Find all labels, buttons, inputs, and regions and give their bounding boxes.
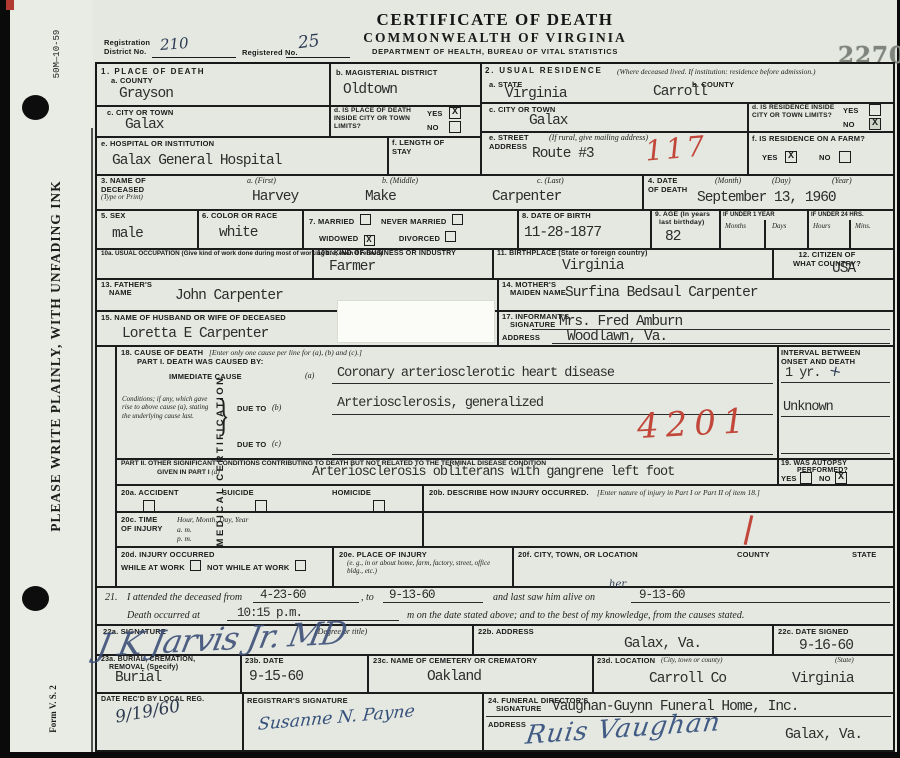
grid-line [387,136,389,174]
grid-line [115,484,893,486]
punch-hole-bottom [22,586,49,611]
hours-label: Hours [813,222,831,230]
street-red-annotation: 117 [644,129,709,167]
grid-line [772,248,774,278]
red-code-annotation: 4201 [636,401,752,447]
county-label: a. COUNTY [111,76,153,85]
county-value: Grayson [119,87,173,103]
spouse-value: Loretta E Carpenter [122,327,268,343]
informant-address-label: ADDRESS [502,333,540,342]
attendance-number: 21. [105,592,118,605]
immediate-cause-label: IMMEDIATE CAUSE [169,372,242,381]
grid-line [302,209,304,248]
due-to-b-label: DUE TO [237,404,266,413]
write-line [552,343,890,344]
write-line [781,382,890,383]
grid-line [772,624,774,654]
date-signed-value: 9-16-60 [799,639,853,655]
corner-red-mark [6,0,14,10]
mother-label-2: MAIDEN NAME [510,288,566,297]
write-line [781,416,890,417]
citizen-value: USA [832,262,855,278]
yes-label: YES [843,106,859,115]
never-married-checkbox [452,214,463,225]
occupation-label: 10a. USUAL OCCUPATION (Give kind of work… [101,250,306,258]
part2-label-2: GIVEN IN PART I (a) [157,468,220,477]
registrar-signature-label: REGISTRAR'S SIGNATURE [247,696,348,705]
date-signed-label: 22c. DATE SIGNED [778,627,849,636]
magisterial-district-value: Oldtown [343,83,397,99]
cause-b-label: (b) [272,403,281,413]
registration-label-line1: Registration [104,38,150,47]
conditions-note: Conditions; if any, which gave rise to a… [122,395,217,420]
location-state-value: Virginia [792,672,854,688]
hospital-value: Galax General Hospital [112,154,281,170]
grid-line [332,546,334,586]
grid-line [642,174,644,209]
middle-name-label: b. (Middle) [382,176,418,186]
grid-line [240,654,242,692]
age-value: 82 [665,230,680,246]
place-of-injury-note: (e. g., in or about home, farm, factory,… [347,559,502,576]
due-to-c-label: DUE TO [237,440,266,449]
grid-line [492,248,494,278]
injury-county-label: COUNTY [737,550,770,559]
form-code-vertical: Form V. S. 2 [48,676,58,742]
business-value: Farmer [329,260,375,276]
last-name-value: Carpenter [492,190,561,206]
grid-line [97,278,893,280]
farm-yes-checkbox: X [785,151,797,163]
residence-limits-yes-checkbox [869,104,881,116]
residence-limits-label: d. IS RESIDENCE INSIDE CITY OR TOWN LIMI… [752,104,840,120]
burial-date-value: 9-15-60 [249,670,303,686]
last-name-label: c. (Last) [537,176,564,186]
length-of-stay-label: f. LENGTH OF STAY [392,138,452,156]
location-value: Carroll Co [649,672,726,688]
grid-line [764,220,766,248]
age-label-2: last birthday) [659,219,704,227]
grid-line [197,209,199,248]
scanned-death-certificate: { "margin": { "print_code": "50M—10-59",… [0,0,900,758]
am-label: a. m. [177,525,192,534]
residence-title: 2. USUAL RESIDENCE [485,66,603,76]
farm-label: f. IS RESIDENCE ON A FARM? [752,134,865,143]
immediate-cause-value: Coronary arteriosclerotic heart disease [337,367,614,382]
race-value: white [219,226,258,242]
type-or-print-note: (Type or Print) [101,193,143,201]
grid-line [497,278,499,345]
attendance-text-3: and last saw him alive on [493,592,595,605]
registered-no-label: Registered No. [242,48,298,57]
death-inside-limits-label: d. IS PLACE OF DEATH INSIDE CITY OR TOWN… [334,107,426,131]
first-name-label: a. (First) [247,176,276,186]
hospital-label: e. HOSPITAL OR INSTITUTION [101,139,214,148]
cause-of-death-label: 18. CAUSE OF DEATH [121,348,203,357]
location-note: (City, town or county) [661,656,722,664]
write-line [631,602,890,603]
time-of-injury-note: Hour, Month, Day, Year [177,515,248,524]
write-line [286,57,350,58]
first-name-value: Harvey [252,190,298,206]
burial-date-label: 23b. DATE [245,656,284,665]
spouse-label: 15. NAME OF HUSBAND OR WIFE OF DECEASED [101,313,286,322]
grid-line [472,624,474,654]
residence-state-value: Virginia [505,87,567,103]
while-at-work-checkbox [190,560,201,571]
residence-county-value: Carroll [653,85,707,101]
marital-row-2: WIDOWED X DIVORCED [319,231,456,246]
residence-city-value: Galax [529,114,568,130]
cemetery-value: Oakland [427,670,481,686]
grid-line [650,209,652,248]
grid-line [115,511,893,513]
name-of-deceased-label: 3. NAME OF DECEASED [101,176,171,194]
grid-line [480,64,482,174]
write-line [152,57,236,58]
street-address-value: Route #3 [532,147,594,163]
birthplace-value: Virginia [562,259,624,275]
married-checkbox [360,214,371,225]
month-label: (Month) [715,176,741,186]
write-plainly-note-vertical: PLEASE WRITE PLAINLY, WITH UNFADING INK [48,141,64,571]
suicide-checkbox [255,500,267,512]
grid-line [329,64,331,136]
grid-line [517,209,519,248]
state-note: (State) [835,656,854,664]
date-of-death-label: 4. DATE OF DEATH [648,176,688,194]
days-label: Days [772,222,786,230]
cause-note: [Enter only one cause per line for (a), … [209,348,362,357]
grid-line [777,345,779,484]
father-label-2: NAME [109,288,132,297]
while-at-work-label: WHILE AT WORK [121,563,185,572]
certifier-address-value: Galax, Va. [624,637,701,653]
city-value: Galax [125,118,164,134]
certifier-address-label: 22b. ADDRESS [478,627,534,636]
not-while-at-work-label: NOT WHILE AT WORK [207,563,290,572]
if-under-24-hrs-label: IF UNDER 24 HRS. [811,212,864,220]
yes-label: YES [762,153,778,162]
brace-glyph: } [218,390,230,441]
attendance-text-5: m on the date stated above; and to the b… [407,610,744,623]
divorced-label: DIVORCED [399,234,440,243]
date-of-birth-label: 8. DATE OF BIRTH [522,211,591,220]
part2-value: Arteriosclerosis obliterans with gangren… [312,466,674,481]
divorced-checkbox [445,231,456,242]
attended-to-date: 9-13-60 [389,589,435,603]
grid-line [97,310,893,312]
part2-given-label: GIVEN IN PART I [157,469,210,476]
homicide-label: HOMICIDE [332,488,371,497]
attendance-text-2: , to [361,592,374,605]
death-limits-no-checkbox [449,121,461,133]
sex-value: male [112,227,143,243]
commonwealth-subtitle: COMMONWEALTH OF VIRGINIA [295,30,695,46]
year-label: (Year) [832,176,852,186]
autopsy-yes-label: YES [781,474,797,483]
place-of-injury-label: 20e. PLACE OF INJURY [339,550,427,559]
injury-occurred-label: 20d. INJURY OCCURRED [121,550,215,559]
write-line [253,602,359,603]
certificate-title: CERTIFICATE OF DEATH [295,10,695,30]
widowed-checkbox: X [364,235,375,246]
magisterial-district-label: b. MAGISTERIAL DISTRICT [336,68,438,77]
how-injury-label: 20b. DESCRIBE HOW INJURY OCCURRED. [429,488,589,497]
married-label: MARRIED [318,217,354,226]
age-label-1: 9. AGE (In years [655,211,710,219]
day-label: (Day) [772,176,791,186]
part2-a-label: (a) [212,468,220,476]
autopsy-no-label: NO [819,474,831,483]
interval-b-value: Unknown [783,401,833,416]
time-of-injury-label: 20c. TIME OF INJURY [121,515,169,533]
race-label: 6. COLOR OR RACE [202,211,277,220]
cause-a-label: (a) [305,371,314,381]
accident-checkbox [143,500,155,512]
sex-label: 5. SEX [101,211,126,220]
informant-label-2: SIGNATURE [510,320,555,329]
never-married-label: NEVER MARRIED [381,217,447,226]
death-limits-yes-checkbox: X [449,107,461,119]
no-label: NO [427,123,439,132]
write-line [781,453,890,454]
funeral-director-label-2: SIGNATURE [496,704,541,713]
due-to-b-value: Arteriosclerosis, generalized [337,397,543,412]
suicide-label: SUICIDE [222,488,254,497]
not-while-at-work-checkbox [295,560,306,571]
attendance-text-1: I attended the deceased from [127,592,242,605]
grid-line [719,209,721,248]
injury-state-label: STATE [852,550,876,559]
grid-line [115,345,117,586]
marital-number: 7. [309,217,316,226]
yes-label: YES [427,109,443,118]
registrar-signature: Susanne N. Payne [257,701,415,734]
how-injury-note: [Enter nature of injury in Part I or Par… [597,488,760,497]
burial-type-value: Burial [115,671,161,687]
city-label: c. CITY OR TOWN [107,108,173,117]
date-of-birth-value: 11-28-1877 [524,226,601,242]
grid-line [807,209,809,248]
farm-no-checkbox [839,151,851,163]
funeral-address-label: ADDRESS [488,720,526,729]
grid-line [482,692,484,750]
widowed-label: WIDOWED [319,234,358,243]
department-line: DEPARTMENT OF HEALTH, BUREAU OF VITAL ST… [295,47,695,56]
no-label: NO [843,120,855,129]
grid-line [422,484,424,546]
grid-line [367,654,369,692]
business-label: 10b. KIND OF BUSINESS OR INDUSTRY [317,250,456,258]
registration-district-number: 210 [159,34,189,54]
punch-hole-top [22,95,49,120]
residence-limits-no-checkbox: X [869,118,881,130]
location-label: 23d. LOCATION [597,656,655,665]
marital-row-1: 7. MARRIED NEVER MARRIED [309,214,463,226]
autopsy-yes-checkbox [800,472,812,484]
interval-a-value: 1 yr. [785,367,821,382]
interval-hand-mark: + [827,361,843,381]
mins-label: Mins. [855,222,871,230]
date-of-death-value: September 13, 1960 [697,191,836,207]
certificate-form-grid: 1. PLACE OF DEATH a. COUNTY Grayson b. M… [95,62,895,752]
middle-name-value: Make [365,190,396,206]
street-address-label: e. STREET ADDRESS [489,133,537,151]
attendance-text-4: Death occurred at [127,610,200,623]
write-line [383,602,483,603]
not-while-at-work: NOT WHILE AT WORK [207,560,306,572]
cause-c-label: (c) [272,439,281,449]
homicide-checkbox [373,500,385,512]
months-label: Months [725,222,746,230]
registration-label-line2: District No. [104,47,146,56]
redaction-box [337,300,495,343]
write-line [332,454,773,455]
funeral-address-value: Galax, Va. [785,728,862,744]
mother-value: Surfina Bedsaul Carpenter [565,286,758,302]
father-value: John Carpenter [175,289,283,305]
red-slash-mark [744,515,753,545]
injury-city-label: 20f. CITY, TOWN, OR LOCATION [518,550,638,559]
if-under-1-year-label: IF UNDER 1 YEAR [723,212,775,220]
write-line [332,383,773,384]
accident-label: 20a. ACCIDENT [121,488,179,497]
grid-line [115,546,893,548]
attended-from-date: 4-23-60 [260,589,306,603]
no-label: NO [819,153,831,162]
grid-line [97,692,893,694]
grid-line [242,692,244,750]
her-hand-correction: her [609,579,626,590]
print-code-vertical: 50M—10-59 [52,19,62,89]
pm-label: p. m. [177,534,192,543]
grid-line [849,220,851,248]
registered-number: 25 [297,31,321,53]
part1-label: PART I. DEATH WAS CAUSED BY: [137,357,263,366]
while-at-work: WHILE AT WORK [121,560,201,572]
last-seen-alive-date: 9-13-60 [639,589,685,603]
grid-line [512,546,514,586]
grid-line [747,102,749,174]
residence-title-note: (Where deceased lived. If institution: r… [617,67,816,76]
grid-line [592,654,594,692]
street-address-note: (If rural, give mailing address) [549,133,648,143]
cemetery-label: 23c. NAME OF CEMETERY OR CREMATORY [373,656,537,665]
autopsy-no-checkbox: X [835,472,847,484]
